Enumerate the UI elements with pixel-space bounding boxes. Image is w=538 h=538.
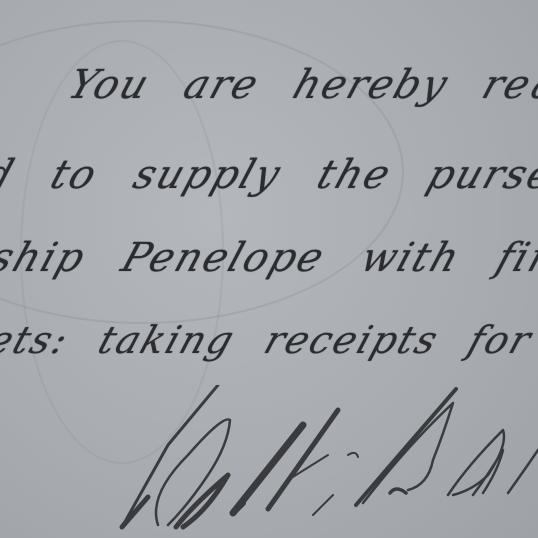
- handwritten-line-3: ship Penelope with fir: [0, 235, 538, 281]
- handwritten-line-1: You are hereby requ: [63, 62, 538, 108]
- paper-document: You are hereby requ d to supply the purs…: [0, 0, 538, 538]
- handwritten-line-4: ets: taking receipts for t: [0, 318, 538, 362]
- signature-strokes: [108, 385, 538, 535]
- handwritten-line-2: d to supply the purser: [0, 152, 538, 198]
- signature: Robt. Barr: [108, 385, 538, 535]
